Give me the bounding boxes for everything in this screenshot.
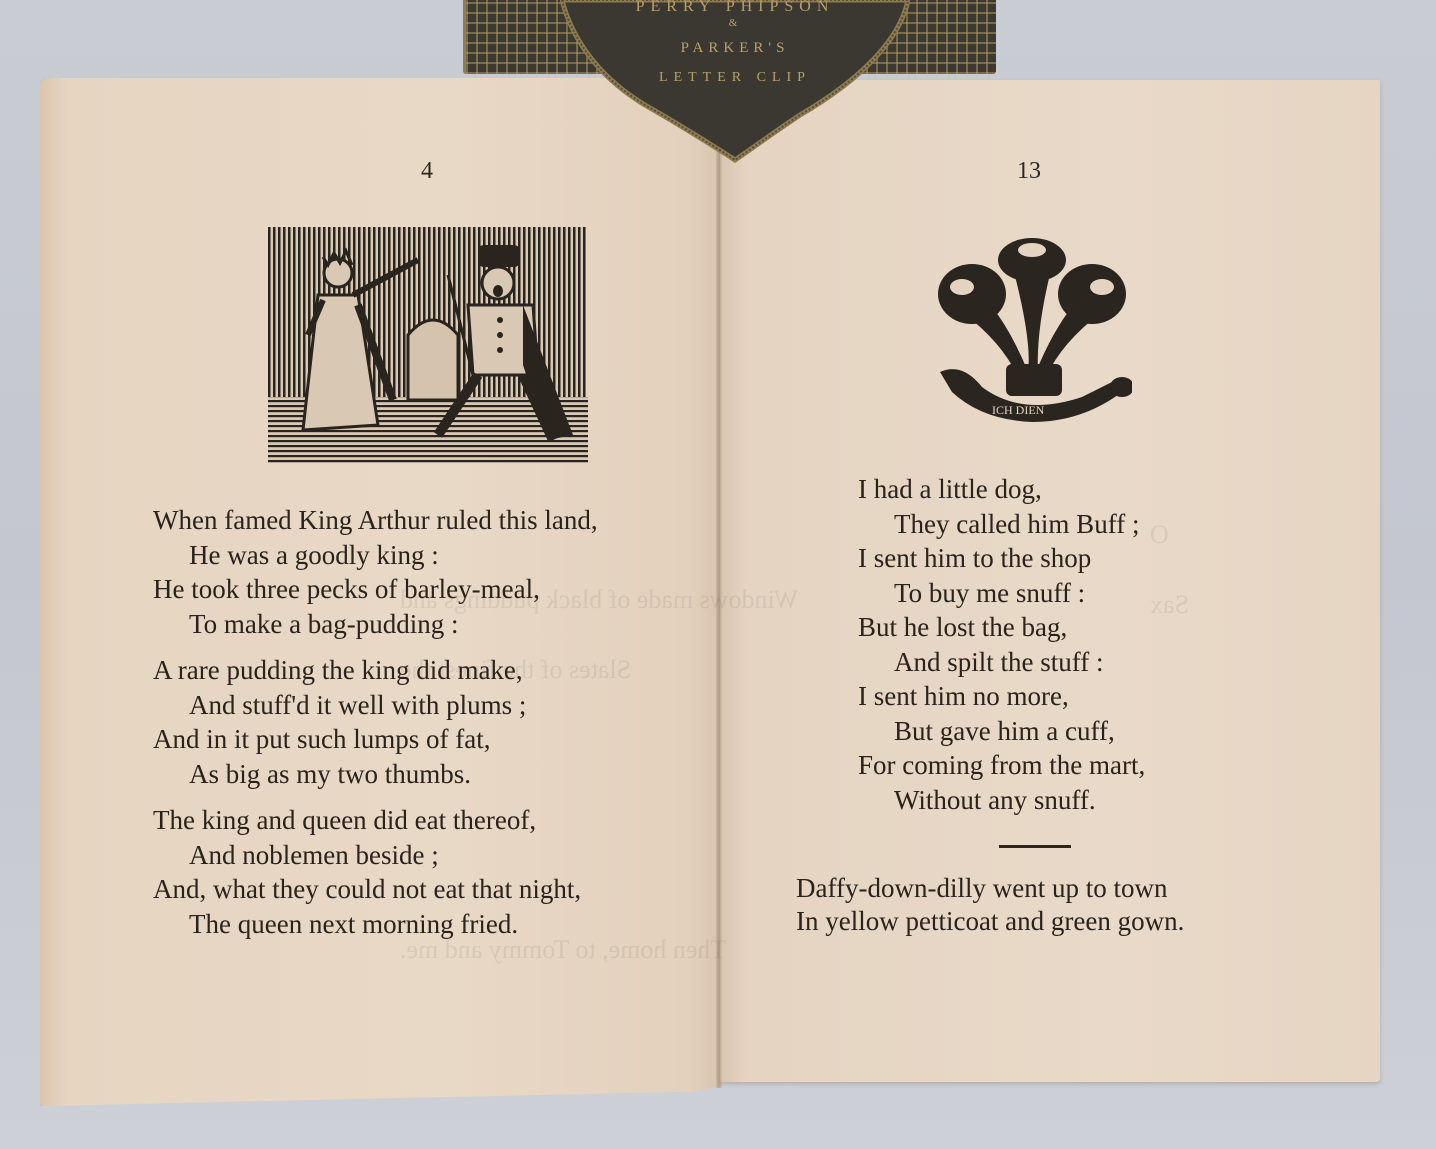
verse-little-dog: I had a little dog, They called him Buff… bbox=[858, 472, 1145, 817]
prince-of-wales-feathers-icon: ICH DIEN bbox=[932, 232, 1132, 424]
verse-king-arthur: When famed King Arthur ruled this land, … bbox=[153, 503, 598, 941]
verse-line: And spilt the stuff : bbox=[858, 645, 1145, 680]
feathers-illustration: ICH DIEN bbox=[932, 232, 1132, 424]
verse-line: But gave him a cuff, bbox=[858, 714, 1145, 749]
verse-line: For coming from the mart, bbox=[858, 748, 1145, 783]
verse-line: When famed King Arthur ruled this land, bbox=[153, 503, 598, 538]
woodcut-illustration bbox=[268, 225, 588, 465]
verse-line: A rare pudding the king did make, bbox=[153, 653, 598, 688]
verse-daffy-down-dilly: Daffy-down-dilly went up to town In yell… bbox=[796, 872, 1184, 938]
king-queen-woodcut-icon bbox=[268, 225, 588, 465]
clip-maker-name-2: PARKER'S bbox=[560, 40, 910, 57]
bleed-through-text: Sax bbox=[1150, 590, 1189, 620]
verse-line: He took three pecks of barley-meal, bbox=[153, 572, 598, 607]
verse-line: And in it put such lumps of fat, bbox=[153, 722, 598, 757]
svg-text:ICH DIEN: ICH DIEN bbox=[992, 403, 1045, 417]
verse-line: And noblemen beside ; bbox=[153, 838, 598, 873]
verse-line: But he lost the bag, bbox=[858, 610, 1145, 645]
verse-line: To make a bag-pudding : bbox=[153, 607, 598, 642]
verse-line: The king and queen did eat thereof, bbox=[153, 803, 598, 838]
page-number-left: 4 bbox=[421, 158, 433, 185]
verse-line: He was a goodly king : bbox=[153, 538, 598, 573]
verse-line: Without any snuff. bbox=[858, 783, 1145, 818]
verse-line: I sent him to the shop bbox=[858, 541, 1145, 576]
verse-line: To buy me snuff : bbox=[858, 576, 1145, 611]
verse-line: They called him Buff ; bbox=[858, 507, 1145, 542]
verse-line: I had a little dog, bbox=[858, 472, 1145, 507]
page-number-right: 13 bbox=[1017, 158, 1041, 185]
verse-line: And, what they could not eat that night, bbox=[153, 872, 598, 907]
bleed-through-text: O bbox=[1150, 520, 1169, 550]
clip-maker-name: PERRY PHIPSON bbox=[560, 0, 910, 16]
letter-clip-shield: PERRY PHIPSON & PARKER'S LETTER CLIP bbox=[560, 0, 910, 165]
clip-ampersand: & bbox=[560, 17, 910, 29]
verse-line: In yellow petticoat and green gown. bbox=[796, 905, 1184, 938]
verse-line: As big as my two thumbs. bbox=[153, 757, 598, 792]
verse-line: And stuff'd it well with plums ; bbox=[153, 688, 598, 723]
verse-line: The queen next morning fried. bbox=[153, 907, 598, 942]
clip-product-label: LETTER CLIP bbox=[560, 70, 910, 86]
verse-line: Daffy-down-dilly went up to town bbox=[796, 872, 1184, 905]
verse-line: I sent him no more, bbox=[858, 679, 1145, 714]
section-divider bbox=[999, 845, 1071, 848]
